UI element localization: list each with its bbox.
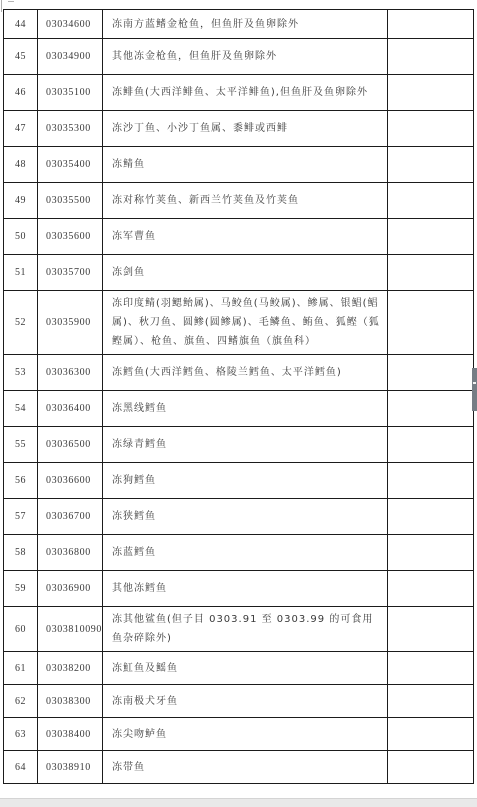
row-number: 52 (4, 291, 38, 355)
hs-code-table: 4403034600冻南方蓝鳍金枪鱼，但鱼肝及鱼卵除外 4503034900其他… (3, 9, 474, 784)
row-number: 59 (4, 571, 38, 607)
hs-code: 03035100 (38, 75, 103, 111)
table-row: 4703035300冻沙丁鱼、小沙丁鱼属、黍鲱或西鲱 (4, 111, 474, 147)
row-number: 49 (4, 183, 38, 219)
hs-code: 03035700 (38, 255, 103, 291)
row-number: 55 (4, 427, 38, 463)
hs-code: 0303810090 (38, 607, 103, 652)
vertical-scrollbar-thumb[interactable] (472, 368, 477, 411)
remark-cell (388, 463, 474, 499)
scrollbar-grip-dot (473, 382, 476, 384)
product-description: 其他冻鳕鱼 (103, 571, 388, 607)
hs-code: 03038400 (38, 718, 103, 751)
table-row: 5703036700冻狭鳕鱼 (4, 499, 474, 535)
remark-cell (388, 718, 474, 751)
table-gridline-artifact-vertical (1, 0, 2, 12)
product-description: 冻剑鱼 (103, 255, 388, 291)
remark-cell (388, 607, 474, 652)
remark-cell (388, 751, 474, 784)
table-row: 4803035400冻鲭鱼 (4, 147, 474, 183)
remark-cell (388, 111, 474, 147)
row-number: 57 (4, 499, 38, 535)
row-number: 61 (4, 652, 38, 685)
hs-code: 03038300 (38, 685, 103, 718)
table-row: 5303036300冻鳕鱼(大西洋鳕鱼、格陵兰鳕鱼、太平洋鳕鱼) (4, 355, 474, 391)
product-description: 冻黑线鳕鱼 (103, 391, 388, 427)
hs-code: 03035300 (38, 111, 103, 147)
table-row: 6203038300冻南极犬牙鱼 (4, 685, 474, 718)
row-number: 47 (4, 111, 38, 147)
table-row: 5203035900冻印度鲭(羽鳃鲐属)、马鲛鱼(马鲛属)、鲹属、银鲳(鲳属)、… (4, 291, 474, 355)
bottom-window-bar (0, 798, 477, 807)
table-row: 6403038910冻带鱼 (4, 751, 474, 784)
remark-cell (388, 147, 474, 183)
table-row: 4603035100冻鲱鱼(大西洋鲱鱼、太平洋鲱鱼),但鱼肝及鱼卵除外 (4, 75, 474, 111)
row-number: 56 (4, 463, 38, 499)
product-description: 冻沙丁鱼、小沙丁鱼属、黍鲱或西鲱 (103, 111, 388, 147)
table-row: 5903036900其他冻鳕鱼 (4, 571, 474, 607)
row-number: 62 (4, 685, 38, 718)
table-row: 5003035600冻军曹鱼 (4, 219, 474, 255)
product-description: 冻狗鳕鱼 (103, 463, 388, 499)
remark-cell (388, 427, 474, 463)
remark-cell (388, 219, 474, 255)
product-description: 冻南方蓝鳍金枪鱼，但鱼肝及鱼卵除外 (103, 10, 388, 39)
hs-code: 03035400 (38, 147, 103, 183)
product-description: 冻其他鲨鱼(但子目 0303.91 至 0303.99 的可食用鱼杂碎除外) (103, 607, 388, 652)
hs-code: 03034600 (38, 10, 103, 39)
row-number: 46 (4, 75, 38, 111)
table-row: 4403034600冻南方蓝鳍金枪鱼，但鱼肝及鱼卵除外 (4, 10, 474, 39)
product-description: 冻魟鱼及鳐鱼 (103, 652, 388, 685)
row-number: 45 (4, 39, 38, 75)
row-number: 54 (4, 391, 38, 427)
row-number: 64 (4, 751, 38, 784)
hs-code: 03036300 (38, 355, 103, 391)
table-row: 4903035500冻对称竹荚鱼、新西兰竹荚鱼及竹荚鱼 (4, 183, 474, 219)
product-description: 冻尖吻鲈鱼 (103, 718, 388, 751)
hs-code: 03035500 (38, 183, 103, 219)
table-row: 5403036400冻黑线鳕鱼 (4, 391, 474, 427)
table-row: 600303810090冻其他鲨鱼(但子目 0303.91 至 0303.99 … (4, 607, 474, 652)
hs-code: 03034900 (38, 39, 103, 75)
remark-cell (388, 10, 474, 39)
hs-code: 03036400 (38, 391, 103, 427)
remark-cell (388, 391, 474, 427)
product-description: 冻绿青鳕鱼 (103, 427, 388, 463)
row-number: 60 (4, 607, 38, 652)
row-number: 63 (4, 718, 38, 751)
remark-cell (388, 291, 474, 355)
product-description: 冻鲭鱼 (103, 147, 388, 183)
hs-code: 03038910 (38, 751, 103, 784)
remark-cell (388, 652, 474, 685)
remark-cell (388, 39, 474, 75)
table-row: 5603036600冻狗鳕鱼 (4, 463, 474, 499)
hs-code: 03036700 (38, 499, 103, 535)
product-description: 冻鲱鱼(大西洋鲱鱼、太平洋鲱鱼),但鱼肝及鱼卵除外 (103, 75, 388, 111)
row-number: 51 (4, 255, 38, 291)
remark-cell (388, 183, 474, 219)
remark-cell (388, 685, 474, 718)
product-description: 冻蓝鳕鱼 (103, 535, 388, 571)
hs-code: 03035900 (38, 291, 103, 355)
remark-cell (388, 355, 474, 391)
hs-code: 03036800 (38, 535, 103, 571)
product-description: 冻军曹鱼 (103, 219, 388, 255)
row-number: 48 (4, 147, 38, 183)
hs-code: 03035600 (38, 219, 103, 255)
remark-cell (388, 571, 474, 607)
table-row: 5803036800冻蓝鳕鱼 (4, 535, 474, 571)
hs-code: 03036500 (38, 427, 103, 463)
product-description: 冻鳕鱼(大西洋鳕鱼、格陵兰鳕鱼、太平洋鳕鱼) (103, 355, 388, 391)
remark-cell (388, 535, 474, 571)
product-description: 其他冻金枪鱼，但鱼肝及鱼卵除外 (103, 39, 388, 75)
table-gridline-artifact-horizontal (8, 1, 14, 2)
product-description: 冻对称竹荚鱼、新西兰竹荚鱼及竹荚鱼 (103, 183, 388, 219)
row-number: 44 (4, 10, 38, 39)
table-row: 5103035700冻剑鱼 (4, 255, 474, 291)
hs-code: 03036900 (38, 571, 103, 607)
table-row: 6103038200冻魟鱼及鳐鱼 (4, 652, 474, 685)
product-description: 冻南极犬牙鱼 (103, 685, 388, 718)
remark-cell (388, 75, 474, 111)
product-description: 冻带鱼 (103, 751, 388, 784)
remark-cell (388, 255, 474, 291)
product-description: 冻狭鳕鱼 (103, 499, 388, 535)
document-page: 4403034600冻南方蓝鳍金枪鱼，但鱼肝及鱼卵除外 4503034900其他… (0, 0, 477, 807)
product-description: 冻印度鲭(羽鳃鲐属)、马鲛鱼(马鲛属)、鲹属、银鲳(鲳属)、秋刀鱼、圆鲹(圆鲹属… (103, 291, 388, 355)
remark-cell (388, 499, 474, 535)
table-row: 6303038400冻尖吻鲈鱼 (4, 718, 474, 751)
row-number: 58 (4, 535, 38, 571)
hs-code: 03036600 (38, 463, 103, 499)
hs-code: 03038200 (38, 652, 103, 685)
row-number: 50 (4, 219, 38, 255)
table-row: 4503034900其他冻金枪鱼，但鱼肝及鱼卵除外 (4, 39, 474, 75)
table-row: 5503036500冻绿青鳕鱼 (4, 427, 474, 463)
row-number: 53 (4, 355, 38, 391)
